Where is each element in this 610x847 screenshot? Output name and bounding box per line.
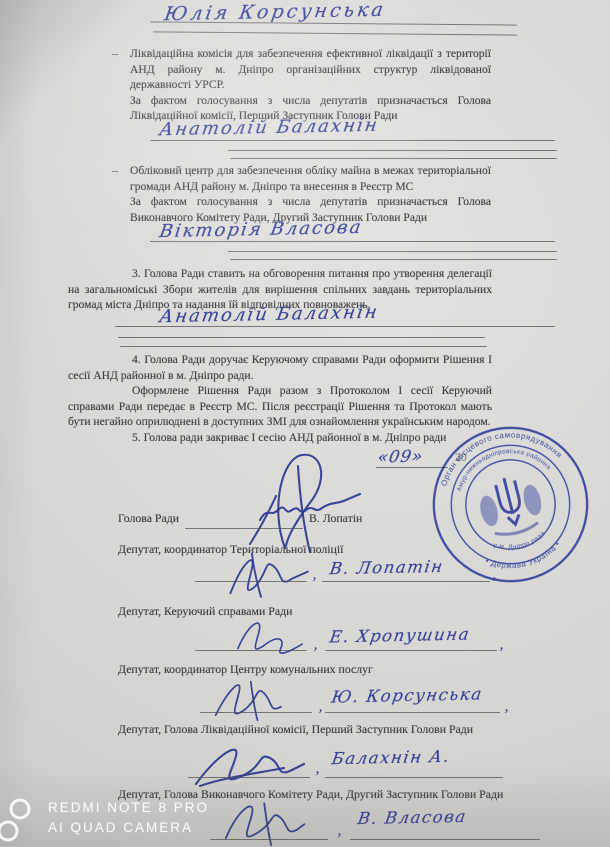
document-photo: Юлія Корсунська – Ліквідаційна комісія д…	[0, 0, 610, 847]
ruled-line	[118, 337, 485, 338]
handwritten-name-2: В. Лопатін	[328, 557, 445, 578]
signature-scribble-5	[192, 738, 307, 788]
handwritten-name-5: Балахнін А.	[330, 747, 451, 768]
ruled-line	[228, 150, 557, 151]
handwritten-paragraph-3: Анатолій Балахнін	[158, 302, 380, 328]
signer-name-print-1: В. Лопатін	[309, 511, 362, 526]
signature-line	[325, 712, 500, 713]
handwritten-tick: ,	[337, 822, 343, 840]
paragraph-4: 4. Голова Ради доручає Керуючому справам…	[68, 352, 492, 446]
camera-logo-icon	[0, 798, 44, 846]
bullet-1-text: Ліквідаційна комісія для забезпечення еф…	[130, 46, 491, 124]
ruled-line	[230, 259, 557, 260]
signature-line	[325, 650, 497, 651]
bullet-1-line-1: Ліквідаційна комісія для забезпечення еф…	[130, 46, 491, 93]
ruled-line	[150, 241, 555, 242]
watermark-line-1: REDMI NOTE 8 PRO	[48, 800, 209, 815]
handwritten-bullet-1: Анатолій Балахнін	[158, 115, 380, 141]
ruled-line	[115, 326, 555, 327]
bullet-2-line-1: Обліковий центр для забезпечення обліку …	[130, 163, 491, 194]
signature-scribble-4	[210, 675, 295, 721]
signer-label-1: Голова Ради	[118, 511, 179, 526]
handwritten-tick: ,	[499, 636, 505, 654]
handwritten-bullet-2: Вікторія Власова	[158, 217, 364, 242]
watermark-line-2: AI QUAD CAMERA	[48, 820, 193, 835]
svg-text:Амур-нижньодніпровська районна: Амур-нижньодніпровська районна	[449, 437, 554, 494]
handwritten-tick: ,	[318, 698, 324, 716]
handwritten-tick: ,	[504, 698, 510, 716]
signer-label-5: Депутат, Голова Ліквідаційної комісії, П…	[118, 722, 473, 737]
signature-line	[350, 839, 540, 840]
paragraph-4a-text: 4. Голова Ради доручає Керуючому справам…	[68, 352, 492, 383]
bullet-dash: –	[112, 163, 118, 178]
signature-scribble-2	[225, 548, 315, 598]
ruled-line	[150, 140, 555, 141]
handwritten-name-3: Е. Хропушина	[328, 625, 471, 647]
paragraph-4b-text: Оформлене Рішення Ради разом з Протоколо…	[68, 383, 492, 430]
signature-line	[325, 777, 503, 778]
handwritten-name-6: В. Власова	[356, 807, 468, 828]
bullet-2-text: Обліковий центр для забезпечення обліку …	[130, 163, 491, 225]
bullet-dash: –	[112, 46, 118, 61]
signature-scribble-head	[240, 448, 370, 553]
handwritten-tick: ,	[313, 636, 319, 654]
ruled-line	[228, 251, 557, 252]
ruled-line	[230, 158, 557, 159]
ruled-line	[153, 31, 517, 35]
stamp-text-inner-top: Амур-нижньодніпровська районна	[449, 437, 554, 494]
ruled-line	[120, 346, 487, 347]
handwritten-tick: ,	[315, 760, 321, 778]
handwritten-name-4: Ю. Корсунська	[330, 684, 484, 706]
stamp-emblem-trident	[472, 462, 547, 540]
